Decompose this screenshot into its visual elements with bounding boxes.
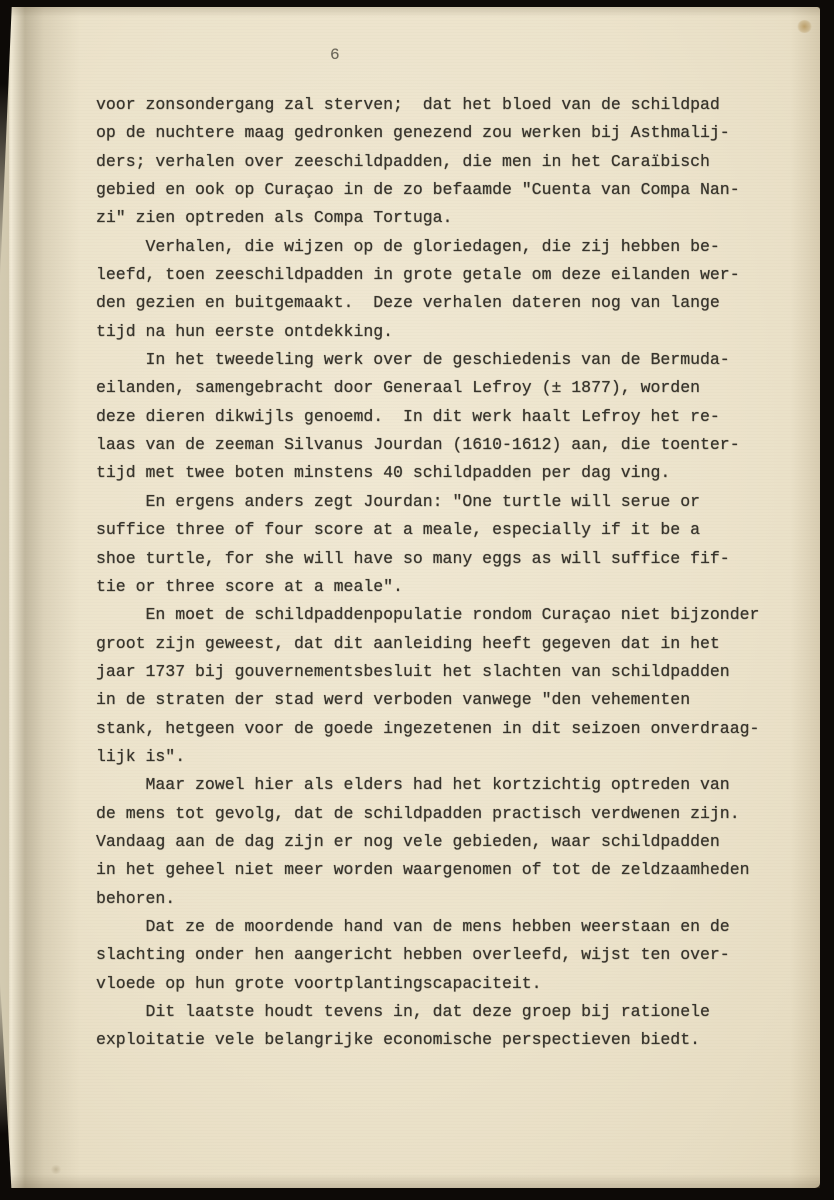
- text-line: eilanden, samengebracht door Generaal Le…: [96, 374, 780, 402]
- text-line: laas van de zeeman Silvanus Jourdan (161…: [96, 431, 780, 459]
- text-line: in de straten der stad werd verboden van…: [96, 686, 780, 714]
- foxing-spot: [50, 1165, 62, 1174]
- foxing-spot: [797, 20, 812, 33]
- text-line: de mens tot gevolg, dat de schildpadden …: [96, 800, 780, 828]
- text-line: Dit laatste houdt tevens in, dat deze gr…: [96, 998, 780, 1026]
- text-line: Vandaag aan de dag zijn er nog vele gebi…: [96, 828, 780, 856]
- page-number: 6: [330, 47, 340, 63]
- text-line: deze dieren dikwijls genoemd. In dit wer…: [96, 403, 780, 431]
- text-line: op de nuchtere maag gedronken genezend z…: [96, 119, 780, 147]
- text-line: lijk is".: [96, 743, 780, 771]
- text-line: In het tweedeling werk over de geschiede…: [96, 346, 780, 374]
- text-line: zi" zien optreden als Compa Tortuga.: [96, 204, 780, 232]
- text-line: leefd, toen zeeschildpadden in grote get…: [96, 261, 780, 289]
- text-line: Maar zowel hier als elders had het kortz…: [96, 771, 780, 799]
- text-line: Dat ze de moordende hand van de mens heb…: [96, 913, 780, 941]
- text-line: shoe turtle, for she will have so many e…: [96, 545, 780, 573]
- text-line: voor zonsondergang zal sterven; dat het …: [96, 91, 780, 119]
- scanned-book-photo: { "page": { "number": "6" }, "colors": {…: [0, 0, 834, 1200]
- text-line: groot zijn geweest, dat dit aanleiding h…: [96, 630, 780, 658]
- page-top-edge-shade: [0, 7, 820, 17]
- page-bottom-edge-shade: [0, 1174, 820, 1188]
- text-line: jaar 1737 bij gouvernementsbesluit het s…: [96, 658, 780, 686]
- text-line: exploitatie vele belangrijke economische…: [96, 1026, 780, 1054]
- text-line: in het geheel niet meer worden waargenom…: [96, 856, 780, 884]
- text-line: gebied en ook op Curaçao in de zo befaam…: [96, 176, 780, 204]
- text-line: vloede op hun grote voortplantingscapaci…: [96, 970, 780, 998]
- text-line: slachting onder hen aangericht hebben ov…: [96, 941, 780, 969]
- text-line: behoren.: [96, 885, 780, 913]
- page-right-edge-shade: [790, 7, 820, 1188]
- text-line: stank, hetgeen voor de goede ingezetenen…: [96, 715, 780, 743]
- text-line: tie or three score at a meale".: [96, 573, 780, 601]
- text-line: tijd na hun eerste ontdekking.: [96, 318, 780, 346]
- text-line: Verhalen, die wijzen op de gloriedagen, …: [96, 233, 780, 261]
- page: 6 voor zonsondergang zal sterven; dat he…: [0, 7, 820, 1188]
- text-line: tijd met twee boten minstens 40 schildpa…: [96, 459, 780, 487]
- text-line: En moet de schildpaddenpopulatie rondom …: [96, 601, 780, 629]
- text-line: suffice three of four score at a meale, …: [96, 516, 780, 544]
- text-block: voor zonsondergang zal sterven; dat het …: [96, 91, 780, 1055]
- text-line: En ergens anders zegt Jourdan: "One turt…: [96, 488, 780, 516]
- text-line: den gezien en buitgemaakt. Deze verhalen…: [96, 289, 780, 317]
- book-gutter-shadow: [0, 7, 86, 1188]
- text-line: ders; verhalen over zeeschildpadden, die…: [96, 148, 780, 176]
